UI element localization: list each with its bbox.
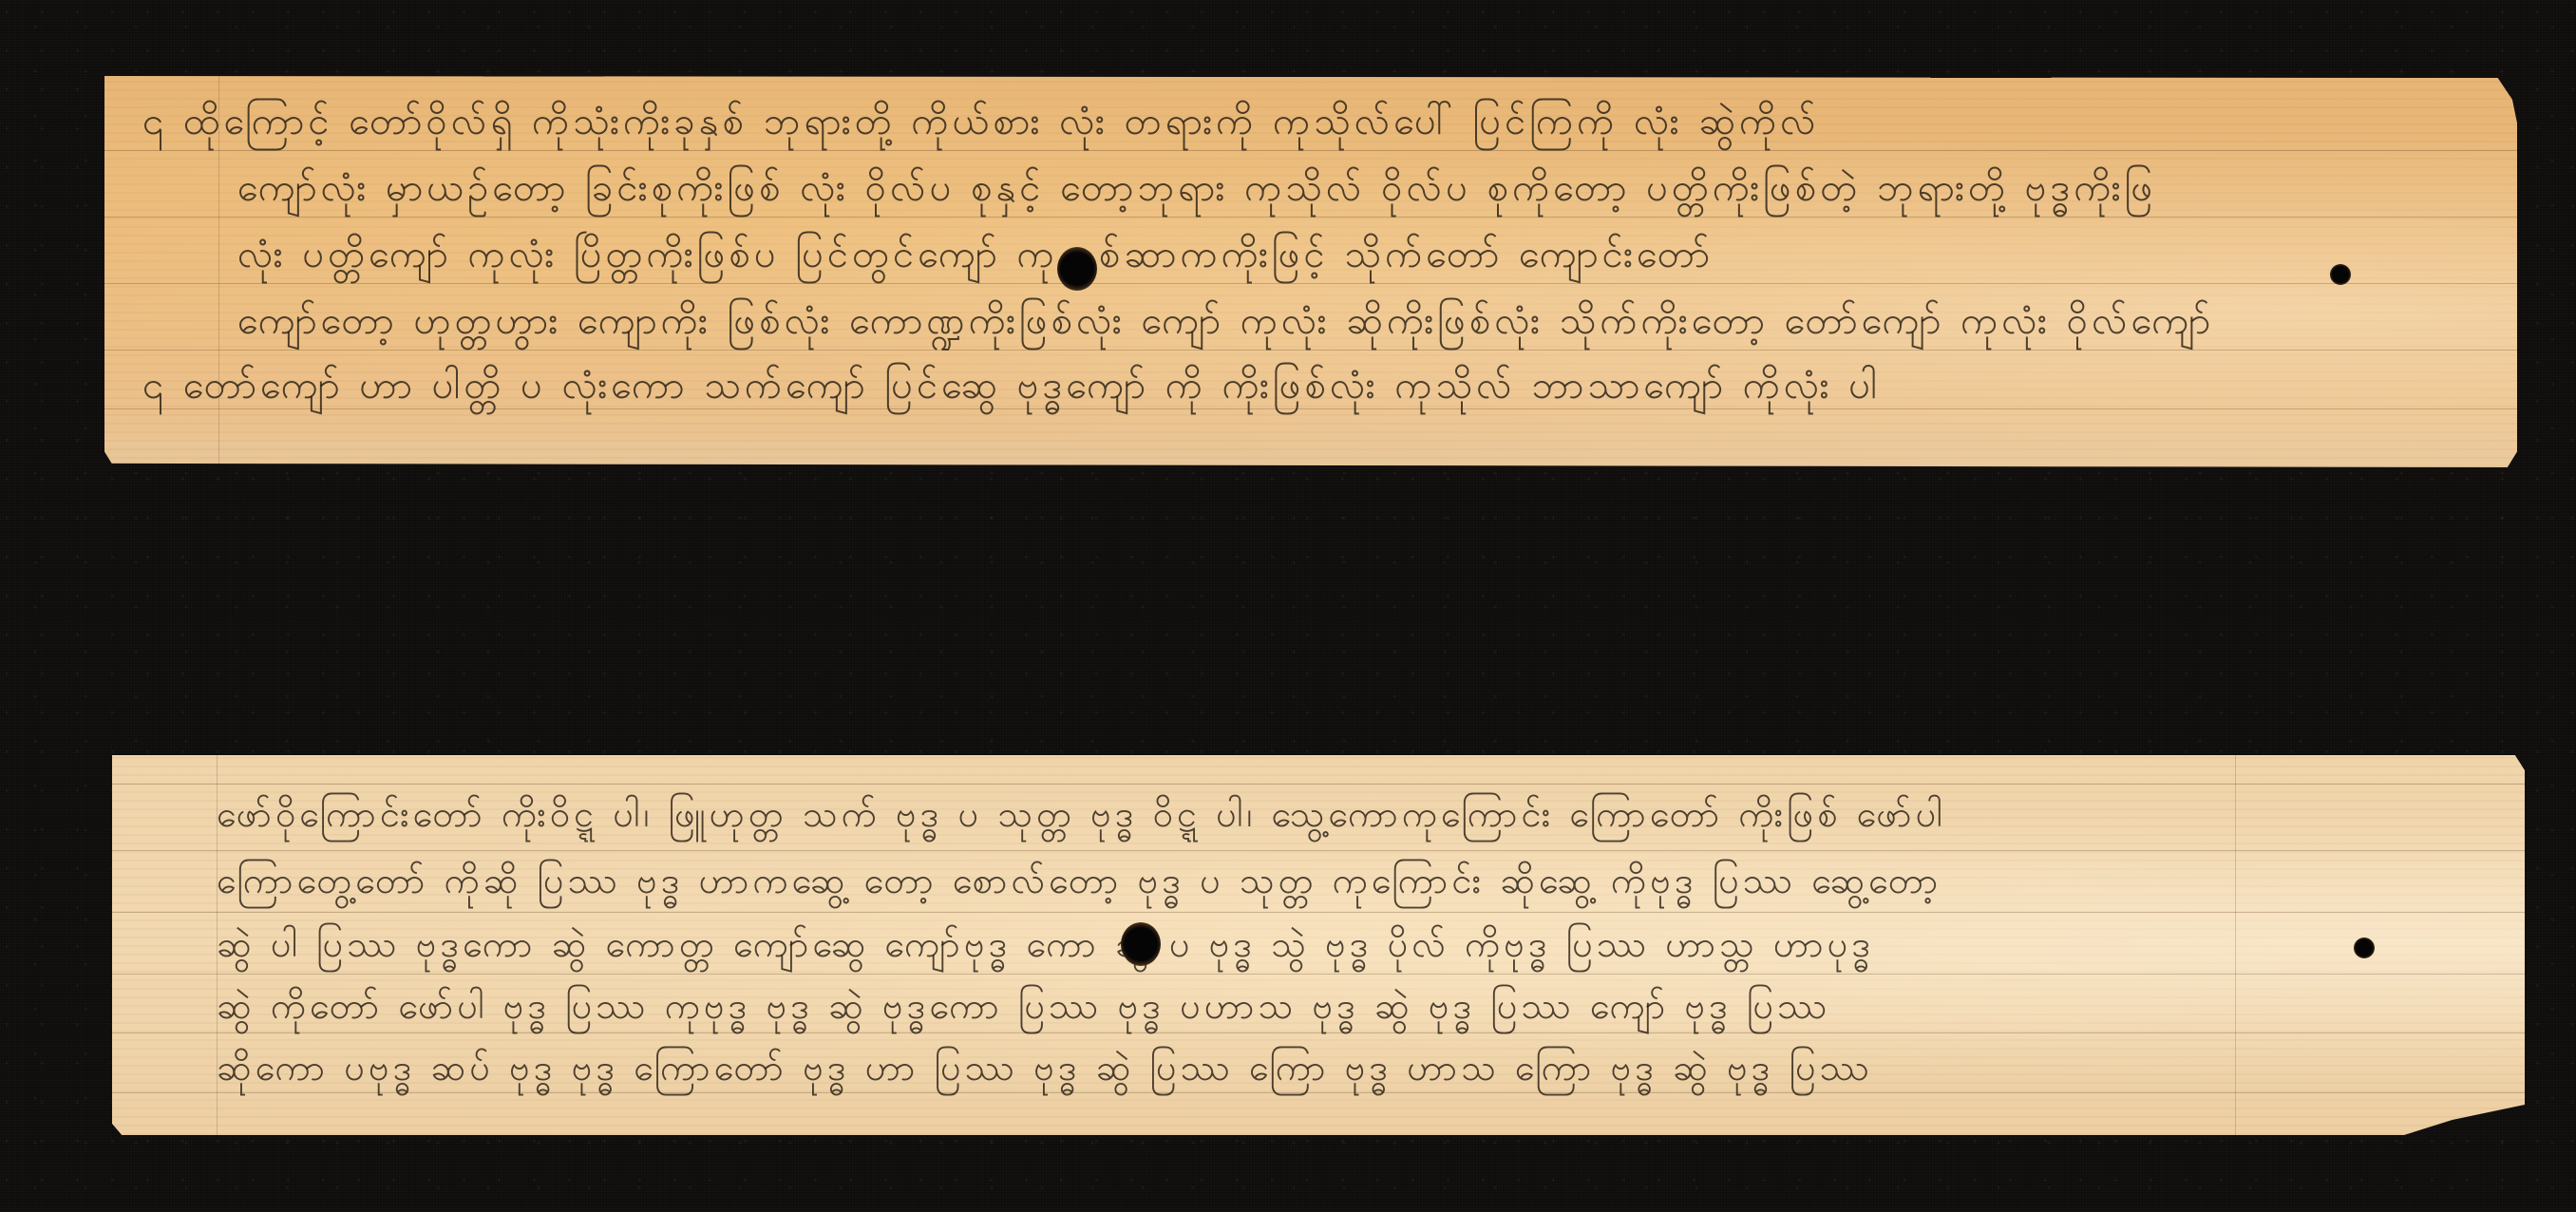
manuscript-line-2: ကြောတွေ့တော် ကိုဆို ပြဿ ဗုဒ္ဓ ဟာကဆွေ့ တေ…	[217, 858, 1941, 911]
ruling-line	[112, 784, 2525, 785]
margin-rule	[2235, 755, 2236, 1135]
manuscript-line-5: ဆိုကော ပဗုဒ္ဓ ဆပ် ဗုဒ္ဓ ဗုဒ္ဓ ကြောတော် ဗ…	[217, 1045, 1873, 1098]
manuscript-line-3: ဆွဲ ပါ ပြဿ ဗုဒ္ဓကော ဆွဲ ကောတ္တ ကျော်ဆွေ …	[217, 921, 1874, 975]
string-hole	[1121, 922, 1161, 966]
string-hole	[1057, 247, 1097, 291]
manuscript-line-1: ၎ ထိုကြောင့် တော်ဝိုလ်ရှိ ကိုသုံးကိုးခုန…	[142, 97, 1820, 153]
manuscript-line-3: လုံး ပတ္တိကျော် ကုလုံး ပြိတ္တကိုးဖြစ်ပ ပ…	[237, 230, 1714, 286]
manuscript-line-5: ၎ တော်ကျော် ဟာ ပါတ္တိ ပ လုံးကော သက်ကျော်…	[142, 361, 1881, 417]
manuscript-line-4: ဆွဲ ကိုတော် ဖော်ပါ ဗုဒ္ဓ ပြဿ ကုဗုဒ္ဓ ဗုဒ…	[217, 983, 1830, 1036]
palm-leaf-folio-top: ၎ ထိုကြောင့် တော်ဝိုလ်ရှိ ကိုသုံးကိုးခုန…	[104, 76, 2517, 467]
palm-leaf-folio-bottom: ဖော်ဝိုကြောင်းတော် ကိုးဝိဋ္ဋ ပါ၊ ဖြူဟုတ္…	[112, 755, 2525, 1135]
manuscript-line-1: ဖော်ဝိုကြောင်းတော် ကိုးဝိဋ္ဋ ပါ၊ ဖြူဟုတ္…	[217, 791, 1946, 844]
manuscript-line-2: ကျော်လုံး မှာယဉ်တော့ ခြင်းစုကိုးဖြစ် လုံ…	[237, 163, 2156, 219]
manuscript-line-4: ကျော်တော့ ဟုတ္တဟွား ကျောကိုး ဖြစ်လုံး ကေ…	[237, 296, 2214, 352]
string-hole	[2354, 937, 2375, 958]
string-hole	[2330, 264, 2351, 285]
ruling-line	[112, 850, 2525, 851]
ruling-line	[112, 912, 2525, 913]
